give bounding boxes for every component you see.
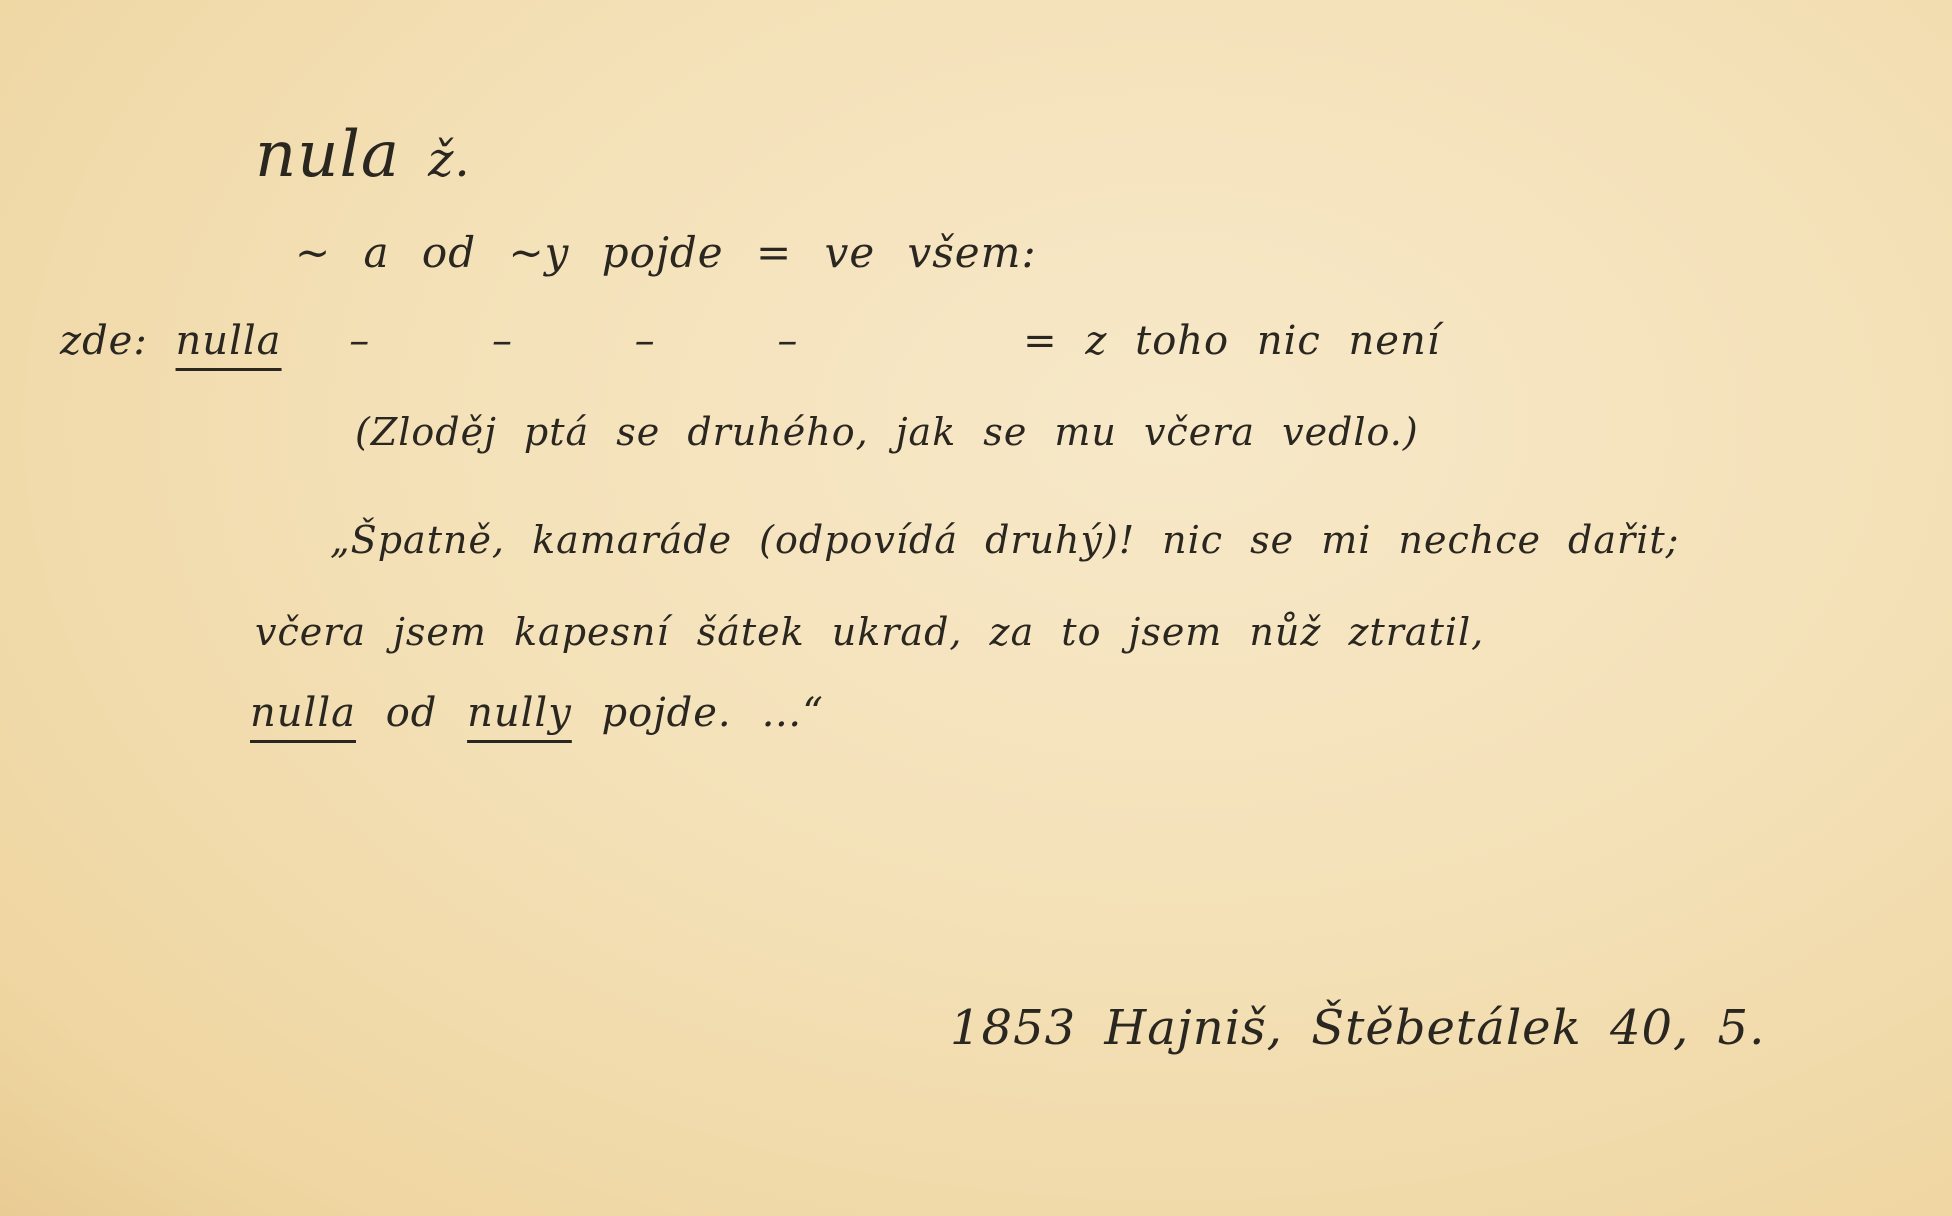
dictionary-slip: nulaž. ~ a od ~y pojde = ve všem: zde: n… (0, 0, 1952, 1216)
quote-line-3: nulla od nully pojde. …“ (250, 690, 824, 736)
quote-word-nulla: nulla (250, 690, 356, 736)
source-citation: 1853 Hajniš, Štěbetálek 40, 5. (950, 1000, 1765, 1056)
idiom-line: ~ a od ~y pojde = ve všem: (295, 228, 1037, 277)
idiom-meaning: ve všem: (825, 228, 1037, 277)
headword: nula (255, 118, 400, 192)
idiom-phrase: ~ a od ~y pojde (295, 228, 724, 277)
source-page: 40, 5. (1610, 1000, 1765, 1056)
quote-word-nully: nully (467, 690, 572, 736)
equals-sign: = (1023, 318, 1058, 364)
source-year: 1853 (950, 1000, 1076, 1056)
equals-sign: = (756, 228, 792, 277)
source-author: Hajniš, (1104, 1000, 1283, 1056)
source-work: Štěbetálek (1311, 1000, 1581, 1056)
quote-line-2: včera jsem kapesní šátek ukrad, za to js… (255, 610, 1484, 654)
quote-word-od: od (386, 690, 438, 736)
variant-form: nulla (176, 318, 282, 364)
variant-label: zde: (60, 318, 148, 364)
headword-line: nulaž. (255, 118, 471, 192)
ditto-dashes: – – – – (349, 318, 845, 364)
grammatical-gender: ž. (428, 132, 471, 188)
variant-meaning: z toho nic není (1085, 318, 1440, 364)
quote-rest: pojde. …“ (602, 690, 824, 736)
variant-line: zde: nulla – – – – = z toho nic není (60, 318, 1441, 364)
context-note: (Zloděj ptá se druhého, jak se mu včera … (355, 410, 1419, 454)
quote-line-1: „Špatně, kamaráde (odpovídá druhý)! nic … (330, 518, 1679, 562)
